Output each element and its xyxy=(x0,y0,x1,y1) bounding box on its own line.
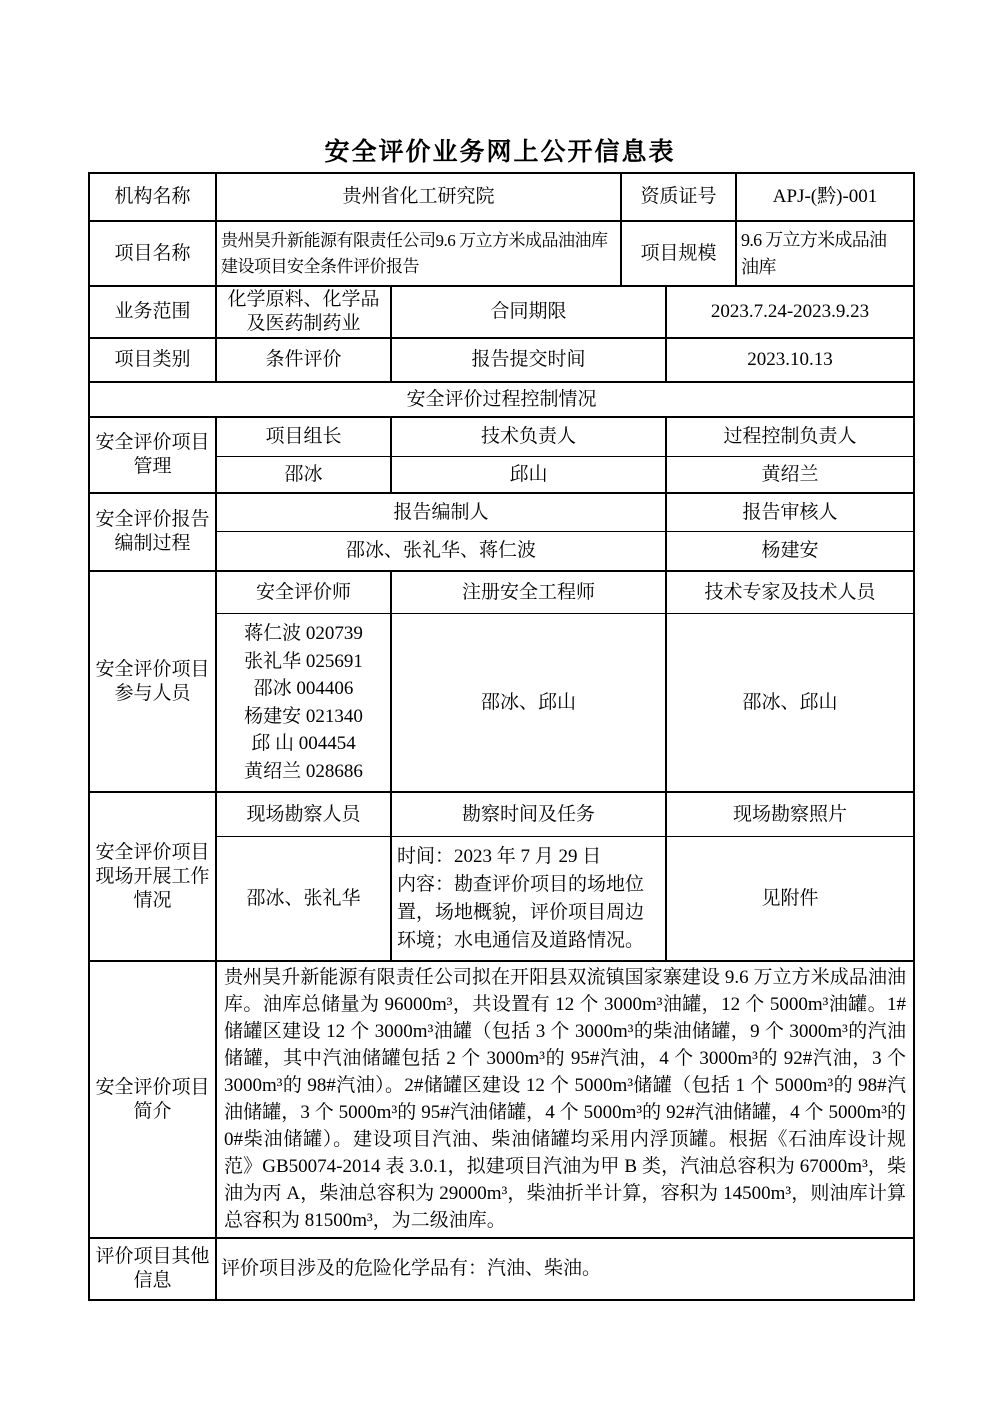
info-table: 机构名称 贵州省化工研究院 资质证号 APJ-(黔)-001 项目名称 贵州昊升… xyxy=(88,172,915,1301)
table-row: 安全评价过程控制情况 xyxy=(89,382,914,417)
management-section-label: 安全评价项目 管理 xyxy=(89,417,216,493)
table-row: 机构名称 贵州省化工研究院 资质证号 APJ-(黔)-001 xyxy=(89,173,914,221)
assessor-list: 蒋仁波 020739 张礼华 025691 邵冰 004406 杨建安 0213… xyxy=(216,614,391,793)
surveyor-label: 现场勘察人员 xyxy=(216,792,391,837)
table-row: 安全评价报告 编制过程 报告编制人 报告审核人 xyxy=(89,493,914,532)
survey-time-value: 时间：2023 年 7 月 29 日 内容：勘查评价项目的场地位置，场地概貌，评… xyxy=(391,837,666,962)
team-leader-label: 项目组长 xyxy=(216,417,391,457)
business-scope-label: 业务范围 xyxy=(89,286,216,338)
process-control-lead-label: 过程控制负责人 xyxy=(666,417,914,457)
site-work-section-label: 安全评价项目 现场开展工作 情况 xyxy=(89,792,216,961)
report-section-label: 安全评价报告 编制过程 xyxy=(89,493,216,571)
table-row: 项目类别 条件评价 报告提交时间 2023.10.13 xyxy=(89,338,914,382)
table-row: 评价项目其他 信息 评价项目涉及的危险化学品有：汽油、柴油。 xyxy=(89,1238,914,1300)
org-name-value: 贵州省化工研究院 xyxy=(216,173,621,221)
project-name-value: 贵州昊升新能源有限责任公司9.6 万立方米成品油油库 建设项目安全条件评价报告 xyxy=(216,221,621,286)
process-control-section-header: 安全评价过程控制情况 xyxy=(89,382,914,417)
contract-period-label: 合同期限 xyxy=(391,286,666,338)
tech-lead-value: 邱山 xyxy=(391,457,666,494)
project-scale-label: 项目规模 xyxy=(621,221,736,286)
project-name-label: 项目名称 xyxy=(89,221,216,286)
page-title: 安全评价业务网上公开信息表 xyxy=(0,132,1000,168)
tech-expert-label: 技术专家及技术人员 xyxy=(666,571,914,614)
cert-no-value: APJ-(黔)-001 xyxy=(736,173,914,221)
table-row: 项目名称 贵州昊升新能源有限责任公司9.6 万立方米成品油油库 建设项目安全条件… xyxy=(89,221,914,286)
report-compiler-label: 报告编制人 xyxy=(216,493,666,532)
report-reviewer-label: 报告审核人 xyxy=(666,493,914,532)
org-name-label: 机构名称 xyxy=(89,173,216,221)
table-row: 安全评价项目 管理 项目组长 技术负责人 过程控制负责人 xyxy=(89,417,914,457)
table-row: 业务范围 化学原料、化学品 及医药制药业 合同期限 2023.7.24-2023… xyxy=(89,286,914,338)
survey-photo-value: 见附件 xyxy=(666,837,914,962)
project-category-label: 项目类别 xyxy=(89,338,216,382)
tech-lead-label: 技术负责人 xyxy=(391,417,666,457)
assessor-label: 安全评价师 xyxy=(216,571,391,614)
other-info-section-label: 评价项目其他 信息 xyxy=(89,1238,216,1300)
intro-text: 贵州昊升新能源有限责任公司拟在开阳县双流镇国家寨建设 9.6 万立方米成品油油库… xyxy=(216,961,914,1238)
other-info-text: 评价项目涉及的危险化学品有：汽油、柴油。 xyxy=(216,1238,914,1300)
contract-period-value: 2023.7.24-2023.9.23 xyxy=(666,286,914,338)
tech-expert-value: 邵冰、邱山 xyxy=(666,614,914,793)
surveyor-value: 邵冰、张礼华 xyxy=(216,837,391,962)
project-category-value: 条件评价 xyxy=(216,338,391,382)
report-reviewer-value: 杨建安 xyxy=(666,532,914,572)
participants-section-label: 安全评价项目 参与人员 xyxy=(89,571,216,792)
intro-section-label: 安全评价项目 简介 xyxy=(89,961,216,1238)
survey-photo-label: 现场勘察照片 xyxy=(666,792,914,837)
registered-engineer-value: 邵冰、邱山 xyxy=(391,614,666,793)
table-row: 安全评价项目 参与人员 安全评价师 注册安全工程师 技术专家及技术人员 xyxy=(89,571,914,614)
process-control-lead-value: 黄绍兰 xyxy=(666,457,914,494)
project-scale-value: 9.6 万立方米成品油 油库 xyxy=(736,221,914,286)
cert-no-label: 资质证号 xyxy=(621,173,736,221)
table-row: 安全评价项目 简介 贵州昊升新能源有限责任公司拟在开阳县双流镇国家寨建设 9.6… xyxy=(89,961,914,1238)
registered-engineer-label: 注册安全工程师 xyxy=(391,571,666,614)
survey-time-label: 勘察时间及任务 xyxy=(391,792,666,837)
submit-time-label: 报告提交时间 xyxy=(391,338,666,382)
team-leader-value: 邵冰 xyxy=(216,457,391,494)
table-row: 安全评价项目 现场开展工作 情况 现场勘察人员 勘察时间及任务 现场勘察照片 xyxy=(89,792,914,837)
business-scope-value: 化学原料、化学品 及医药制药业 xyxy=(216,286,391,338)
submit-time-value: 2023.10.13 xyxy=(666,338,914,382)
report-compiler-value: 邵冰、张礼华、蒋仁波 xyxy=(216,532,666,572)
